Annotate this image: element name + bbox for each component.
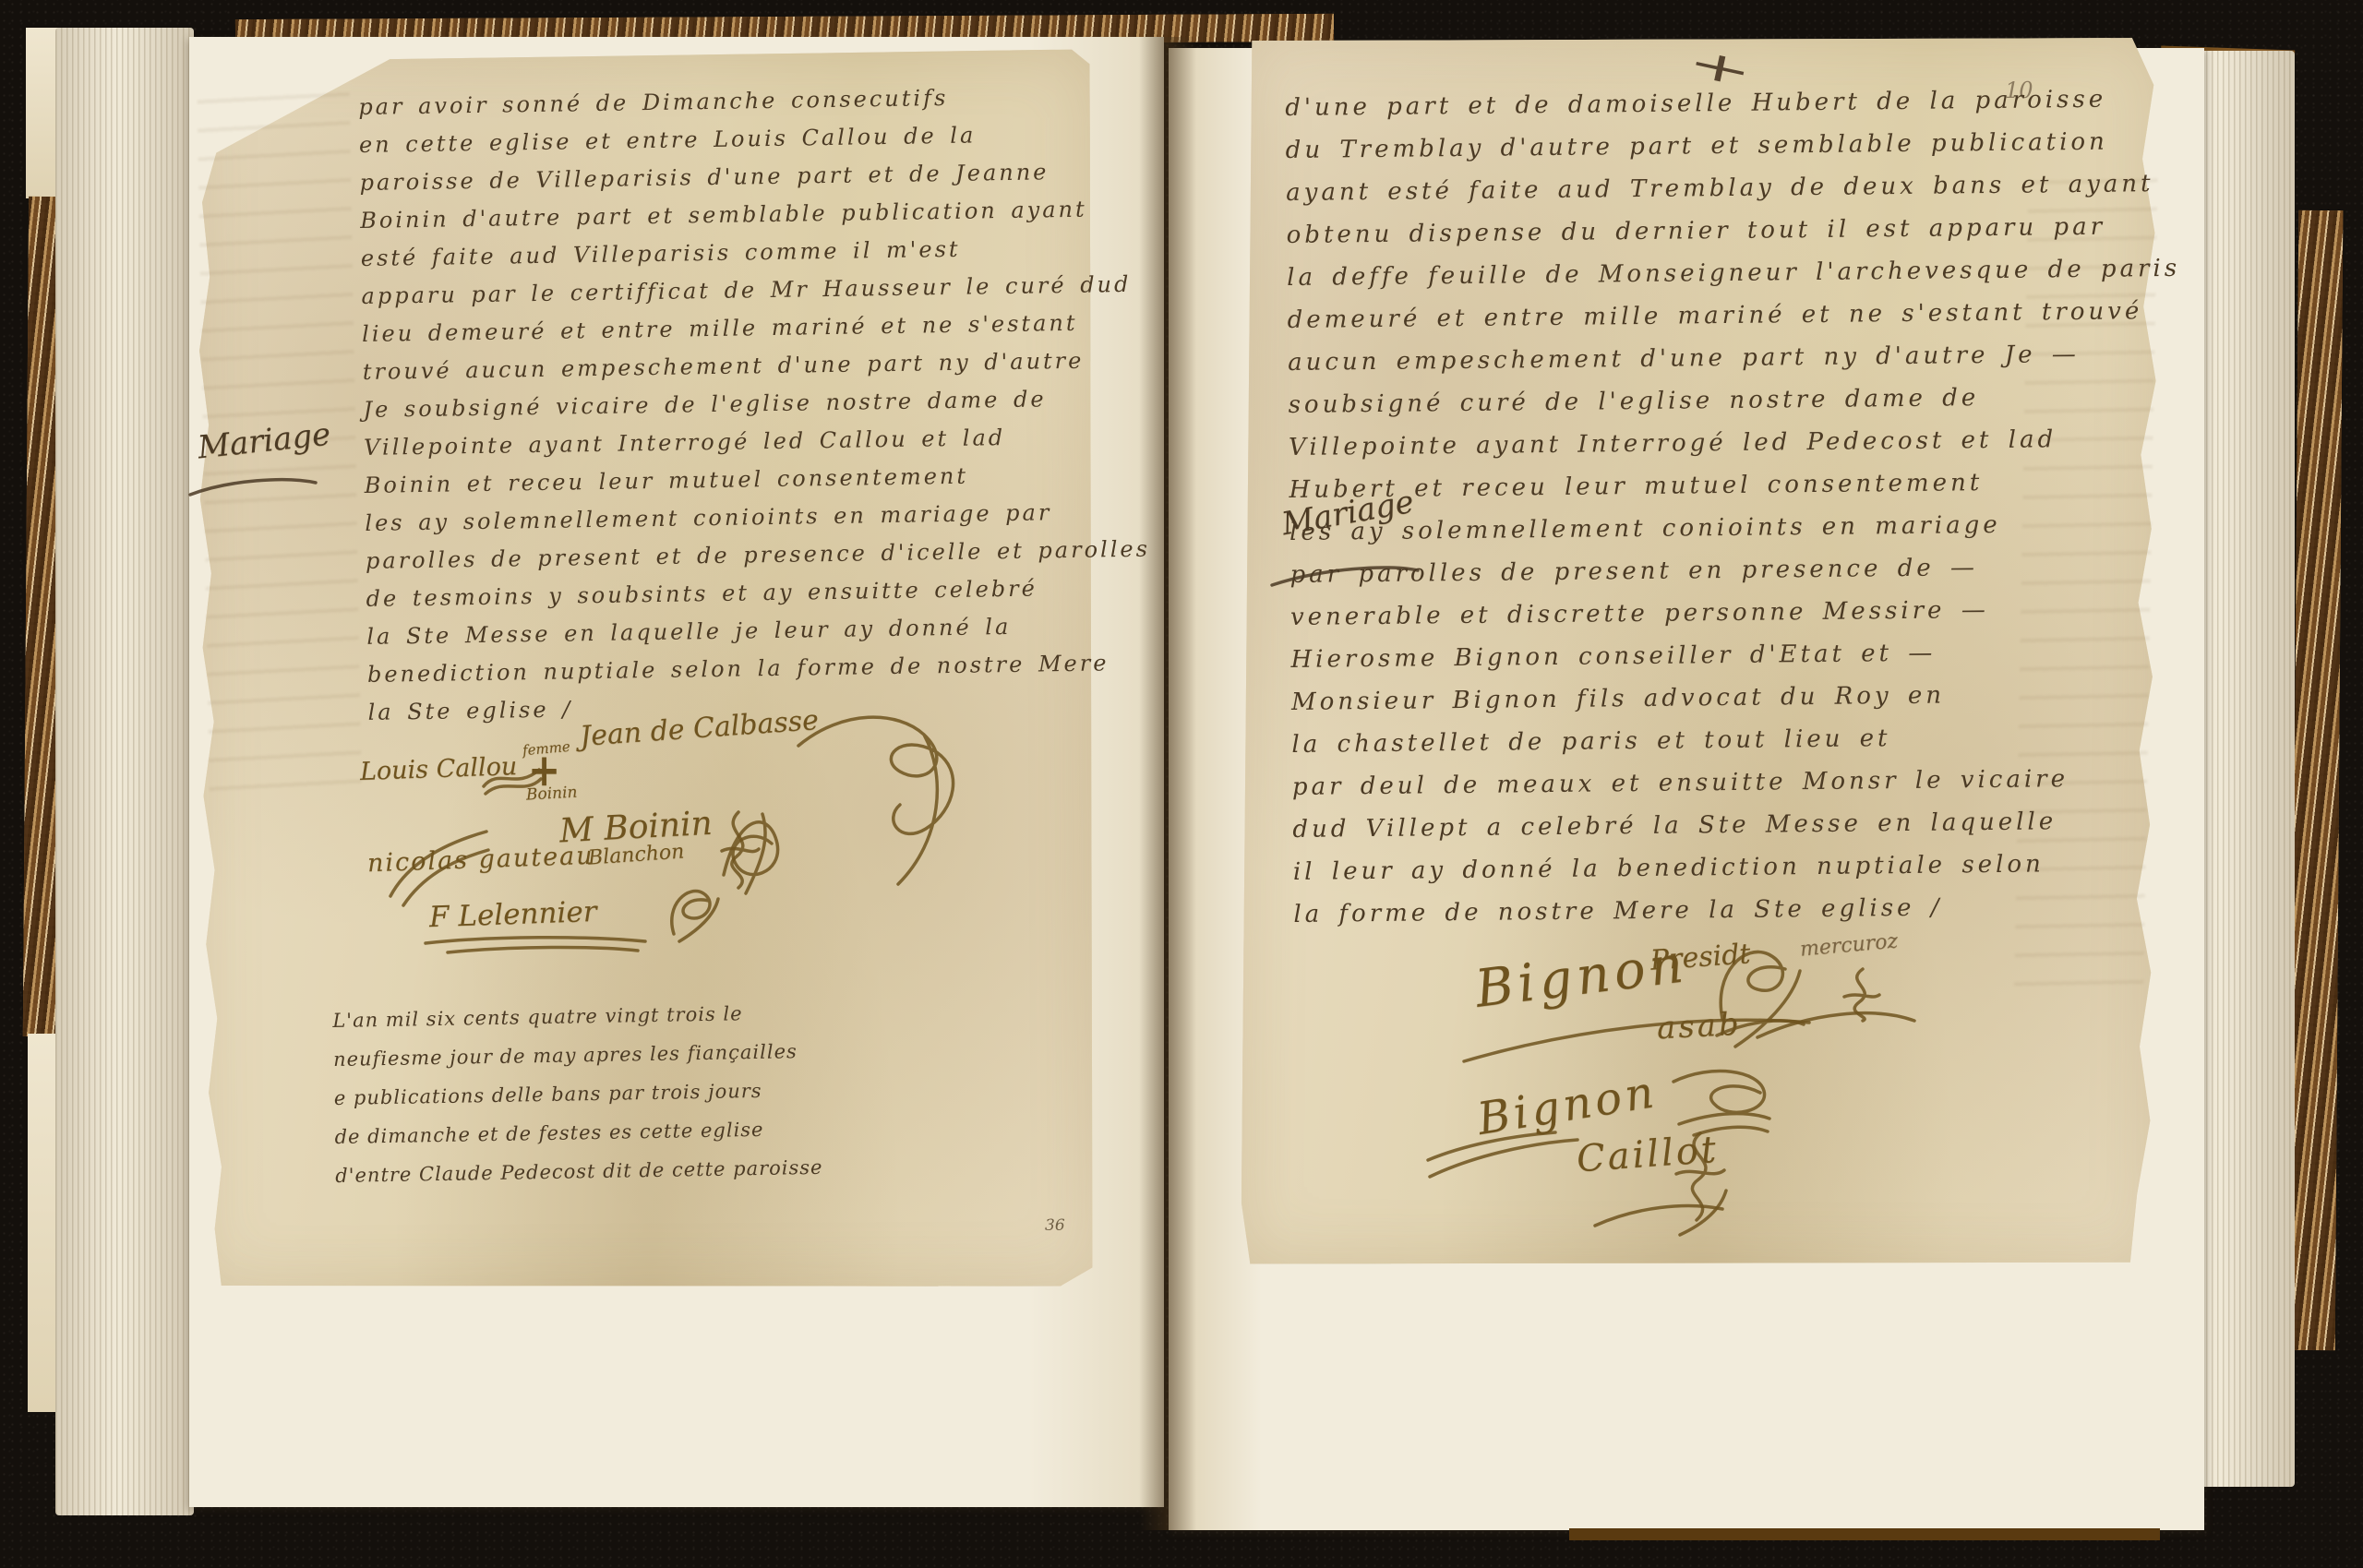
witness3-underline xyxy=(420,934,651,958)
signature-paraph xyxy=(1657,1059,1777,1138)
left-page-second-entry: L'an mil six cents quatre vingt trois le… xyxy=(332,993,798,1195)
caillot-underline-sweep xyxy=(1589,1192,1728,1235)
board-edge-bottom-right xyxy=(1569,1528,2160,1540)
signature-witness3: F Lelennier xyxy=(428,895,597,934)
left-page-body-text: par avoir sonné de Dimanche consecutifse… xyxy=(358,77,1107,731)
book-gutter-shadow xyxy=(1139,37,1196,1530)
photo-background: { "scene": { "kind": "open manuscript re… xyxy=(0,0,2363,1568)
manuscript-line: d'entre Claude Pedecost dit de cette par… xyxy=(335,1148,798,1195)
right-page-body-text: d'une part et de damoiselle Hubert de la… xyxy=(1285,78,2199,936)
page-number-left: 36 xyxy=(1045,1216,1065,1235)
mark-label-bottom: Boinin xyxy=(526,784,578,805)
marbled-board-right-edge xyxy=(2291,210,2344,1350)
flourish-word-asab: asab xyxy=(1656,1006,1743,1047)
signature-paraph xyxy=(661,879,726,945)
margin-note-underline-left xyxy=(183,473,321,502)
page-edges-left-stack xyxy=(55,28,194,1515)
signature-paraph xyxy=(1835,965,1887,1024)
witness1-flourish xyxy=(383,824,494,909)
signature-paraph xyxy=(789,701,965,891)
bignon2-sweeps xyxy=(1426,1112,1583,1186)
